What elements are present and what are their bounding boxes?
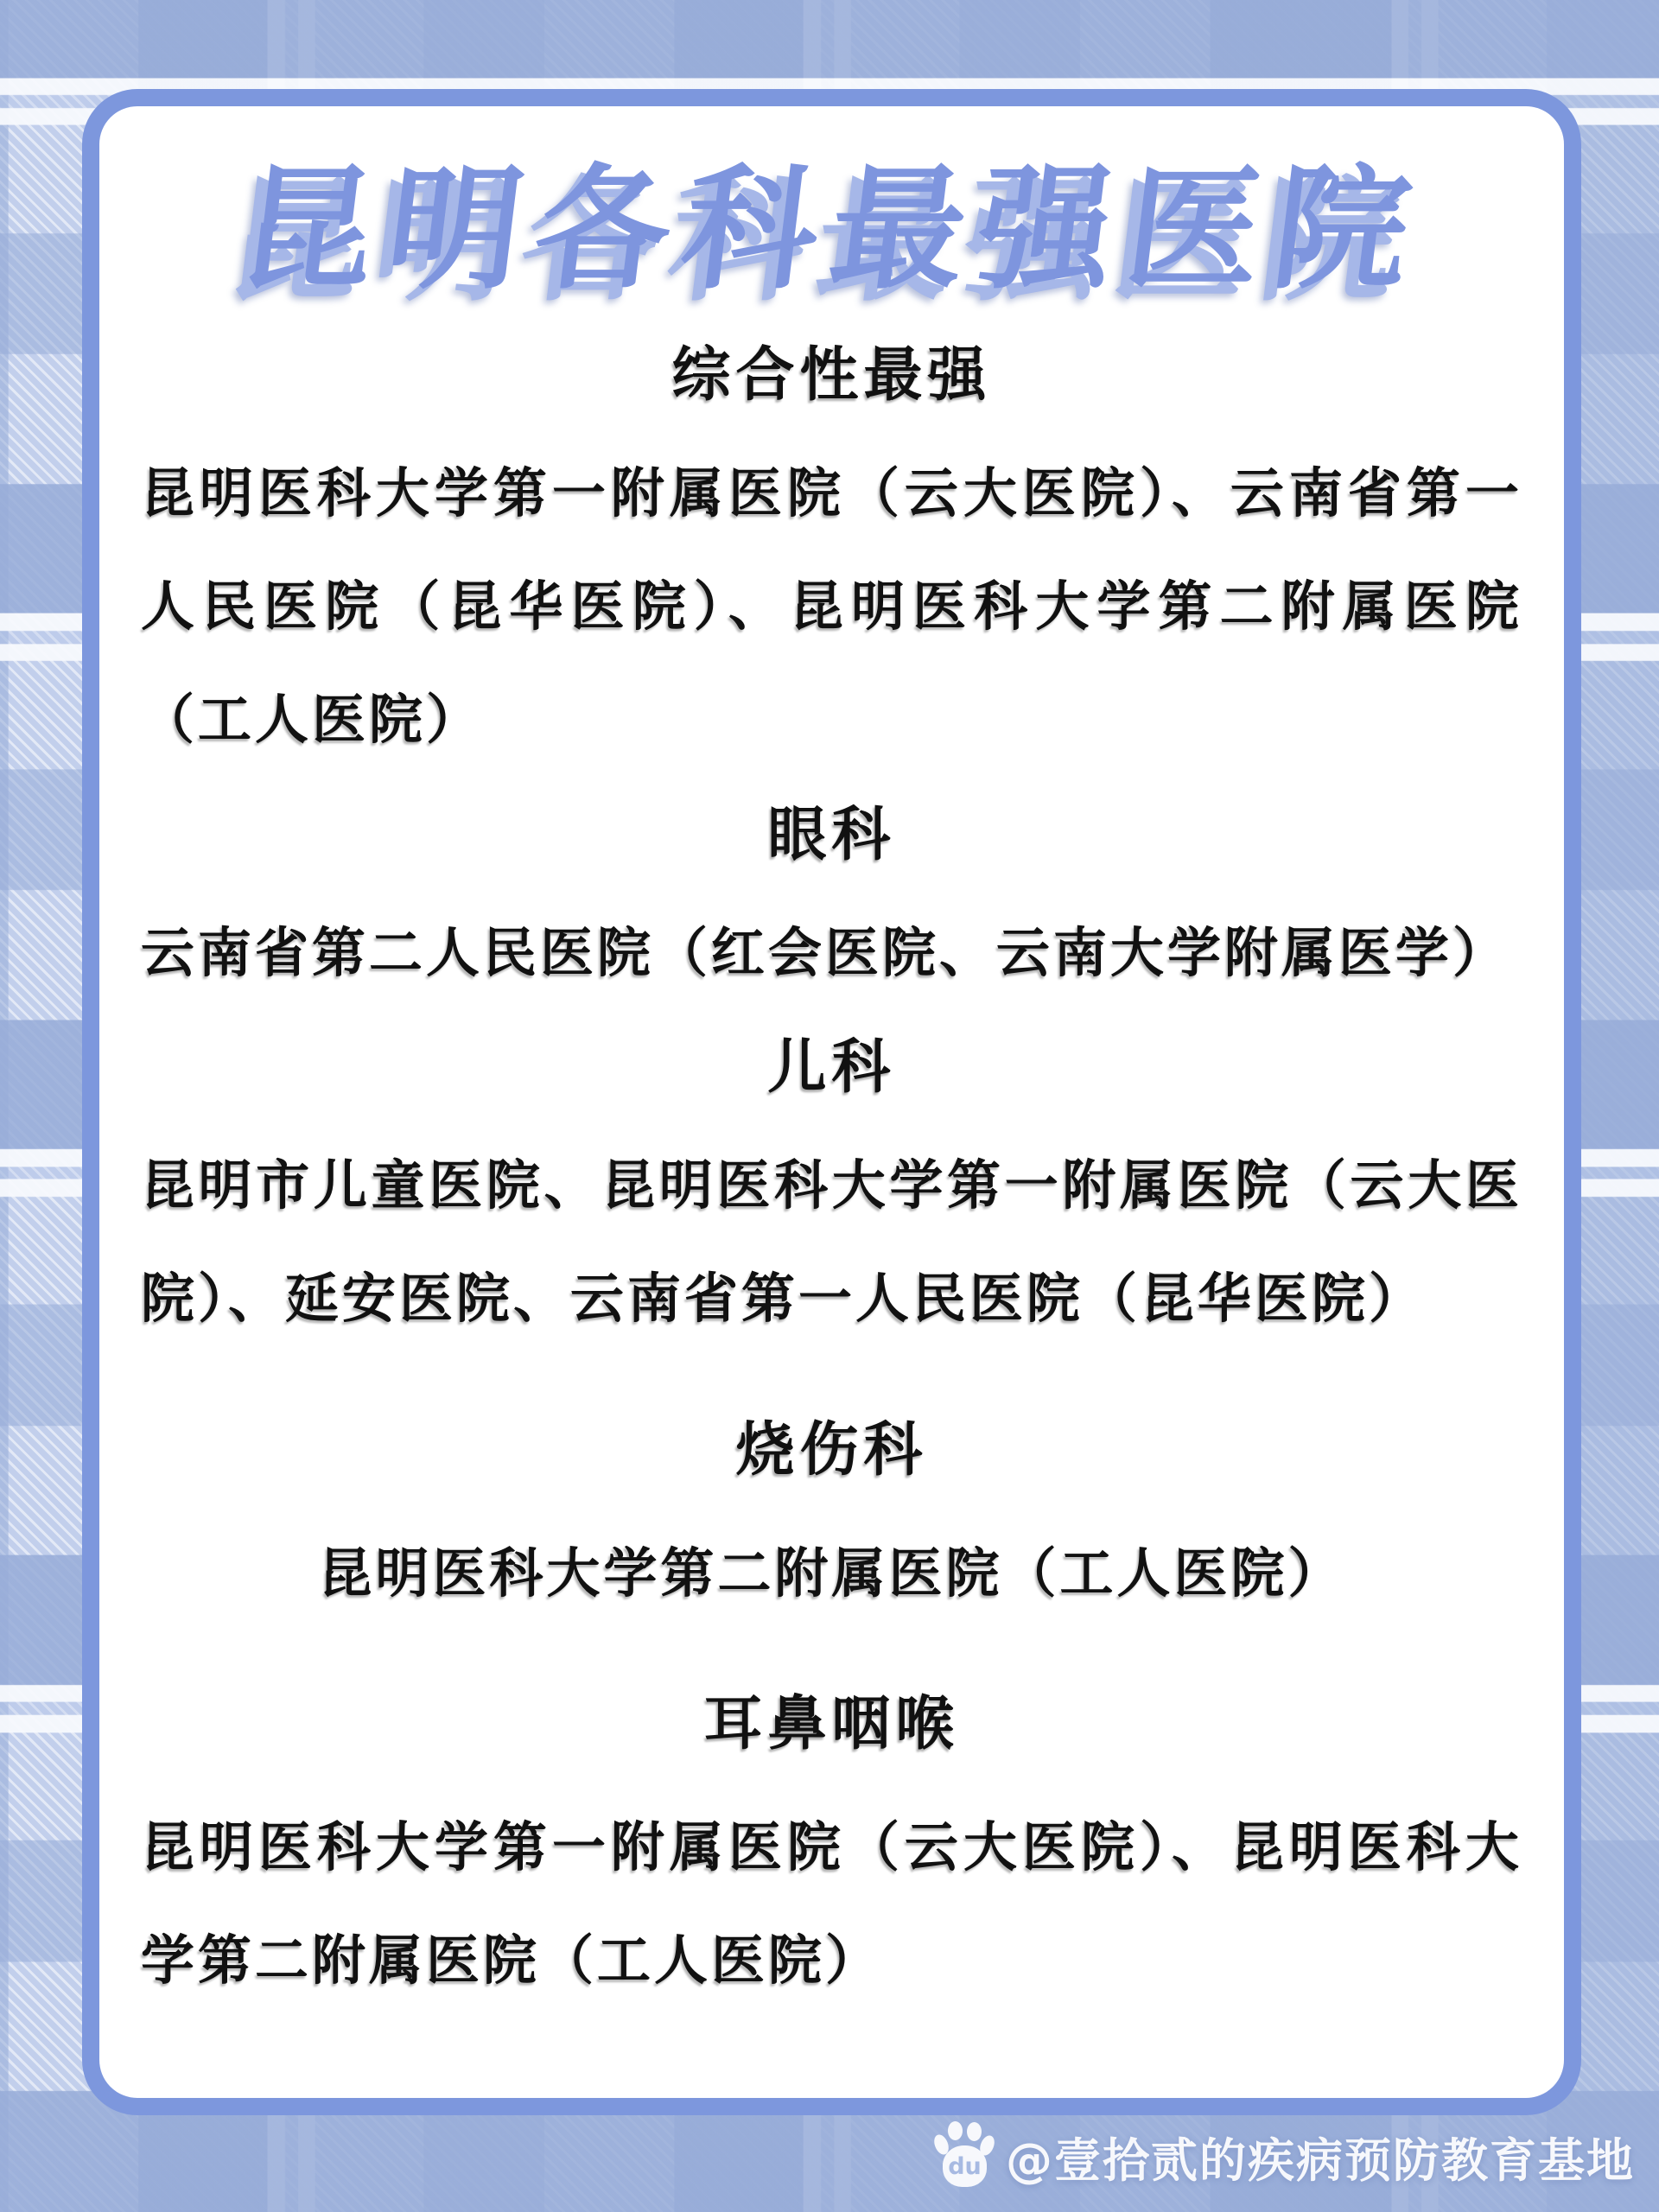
section-heading: 眼科 — [141, 796, 1522, 875]
paw-toe — [948, 2121, 963, 2140]
watermark: du @壹拾贰的疾病预防教育基地 — [935, 2121, 1635, 2192]
section-hospitals: 昆明医科大学第二附属医院（工人医院） — [141, 1516, 1522, 1630]
baidu-du-text: du — [948, 2155, 982, 2178]
department-section: 综合性最强 昆明医科大学第一附属医院（云大医院）、云南省第一人民医院（昆华医院）… — [141, 336, 1522, 777]
section-heading: 烧伤科 — [141, 1411, 1522, 1491]
plaid-background: 昆明各科最强医院 综合性最强 昆明医科大学第一附属医院（云大医院）、云南省第一人… — [0, 0, 1659, 2212]
paw-pad: du — [943, 2145, 987, 2187]
watermark-handle: @壹拾贰的疾病预防教育基地 — [1006, 2124, 1635, 2190]
baidu-paw-icon: du — [935, 2121, 994, 2192]
department-section: 眼科 云南省第二人民医院（红会医院、云南大学附属医学） — [141, 796, 1522, 1009]
paw-toe — [967, 2122, 982, 2141]
department-section: 儿科 昆明市儿童医院、昆明医科大学第一附属医院（云大医院）、延安医院、云南省第一… — [141, 1028, 1522, 1356]
department-section: 烧伤科 昆明医科大学第二附属医院（工人医院） — [141, 1411, 1522, 1630]
section-heading: 耳鼻咽喉 — [141, 1685, 1522, 1764]
section-list: 综合性最强 昆明医科大学第一附属医院（云大医院）、云南省第一人民医院（昆华医院）… — [141, 336, 1522, 2018]
section-hospitals: 昆明医科大学第一附属医院（云大医院）、云南省第一人民医院（昆华医院）、昆明医科大… — [141, 436, 1522, 777]
section-hospitals: 云南省第二人民医院（红会医院、云南大学附属医学） — [141, 896, 1522, 1009]
section-hospitals: 昆明医科大学第一附属医院（云大医院）、昆明医科大学第二附属医院（工人医院） — [141, 1790, 1522, 2018]
section-hospitals: 昆明市儿童医院、昆明医科大学第一附属医院（云大医院）、延安医院、云南省第一人民医… — [141, 1128, 1522, 1356]
section-heading: 儿科 — [141, 1028, 1522, 1108]
section-heading: 综合性最强 — [141, 336, 1522, 416]
content-card: 昆明各科最强医院 综合性最强 昆明医科大学第一附属医院（云大医院）、云南省第一人… — [82, 89, 1581, 2115]
department-section: 耳鼻咽喉 昆明医科大学第一附属医院（云大医院）、昆明医科大学第二附属医院（工人医… — [141, 1685, 1522, 2018]
poster-title: 昆明各科最强医院 — [130, 146, 1533, 314]
